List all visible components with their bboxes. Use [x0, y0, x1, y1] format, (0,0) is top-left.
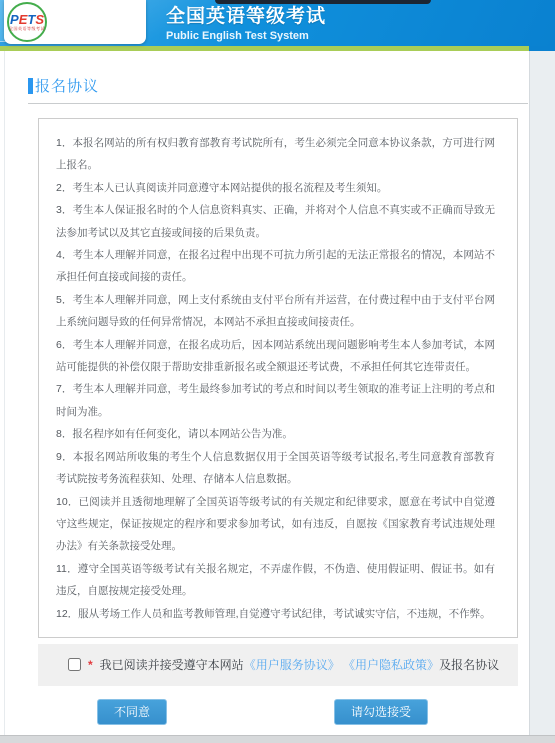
agreement-item: 2．考生本人已认真阅读并同意遵守本网站提供的报名流程及考生须知。 — [56, 177, 495, 199]
right-gutter — [529, 51, 555, 743]
pets-logo-caption: 全国英语等级考试 — [9, 26, 45, 31]
consent-checkbox[interactable] — [68, 658, 81, 671]
app-header: PETS 全国英语等级考试 全国英语等级考试 Public English Te… — [0, 0, 555, 46]
section-title-row: 报名协议 — [28, 51, 528, 96]
section-title-marker — [28, 78, 33, 94]
main-area: 报名协议 1．本报名网站的所有权归教育部教育考试院所有，考生必须完全同意本协议条… — [0, 51, 555, 743]
title-divider — [28, 103, 528, 104]
pets-logo-letters: PETS — [10, 13, 44, 26]
top-dark-strip — [215, 0, 431, 4]
agreement-item: 10．已阅读并且透彻地理解了全国英语等级考试的有关规定和纪律要求，愿意在考试中自… — [56, 491, 495, 558]
page-title: 报名协议 — [35, 75, 99, 96]
agreement-item: 5．考生本人理解并同意，网上支付系统由支付平台所有并运营，在付费过程中由于支付平… — [56, 289, 495, 334]
page-content: 报名协议 1．本报名网站的所有权归教育部教育考试院所有，考生必须完全同意本协议条… — [28, 51, 528, 725]
agreement-item: 7．考生本人理解并同意，考生最终参加考试的考点和时间以考生领取的准考证上注明的考… — [56, 378, 495, 423]
site-title: 全国英语等级考试 — [166, 6, 326, 28]
agreement-item: 3．考生本人保证报名时的个人信息资料真实、正确，并将对个人信息不真实或不正确而导… — [56, 199, 495, 244]
agreement-item: 11．遵守全国英语等级考试有关报名规定，不弄虚作假，不伪造、使用假证明、假证书。… — [56, 558, 495, 603]
disagree-button[interactable]: 不同意 — [97, 699, 167, 725]
agreement-item: 4．考生本人理解并同意，在报名过程中出现不可抗力所引起的无法正常报名的情况，本网… — [56, 244, 495, 289]
consent-row: * 我已阅读并接受遵守本网站 《用户服务协议》 《用户隐私政策》 及报名协议 — [38, 644, 518, 686]
pets-logo-icon: PETS 全国英语等级考试 — [7, 2, 47, 42]
agreement-item: 9．本报名网站所收集的考生个人信息数据仅用于全国英语等级考试报名,考生同意教育部… — [56, 446, 495, 491]
user-service-agreement-link[interactable]: 《用户服务协议》 — [244, 656, 340, 673]
agreement-text-panel: 1．本报名网站的所有权归教育部教育考试院所有，考生必须完全同意本协议条款，方可进… — [38, 118, 518, 638]
required-asterisk: * — [88, 658, 93, 672]
user-privacy-policy-link[interactable]: 《用户隐私政策》 — [343, 656, 439, 673]
agreement-item: 6．考生本人理解并同意，在报名成功后，因本网站系统出现问题影响考生本人参加考试，… — [56, 334, 495, 379]
left-edge-line — [4, 51, 5, 735]
header-titles: 全国英语等级考试 Public English Test System — [166, 6, 326, 42]
accept-button[interactable]: 请勾选接受 — [334, 699, 428, 725]
agreement-item: 12．服从考场工作人员和监考教师管理,自觉遵守考试纪律，考试诚实守信，不违规，不… — [56, 603, 495, 625]
consent-text-suffix: 及报名协议 — [439, 656, 499, 673]
agreement-item: 8．报名程序如有任何变化，请以本网站公告为准。 — [56, 423, 495, 445]
consent-text-prefix: 我已阅读并接受遵守本网站 — [100, 656, 244, 673]
action-buttons-row: 不同意 请勾选接受 — [38, 699, 518, 725]
site-subtitle: Public English Test System — [166, 30, 326, 42]
footer-band — [0, 735, 555, 743]
agreement-item: 1．本报名网站的所有权归教育部教育考试院所有，考生必须完全同意本协议条款，方可进… — [56, 132, 495, 177]
logo-card: PETS 全国英语等级考试 — [4, 0, 146, 44]
